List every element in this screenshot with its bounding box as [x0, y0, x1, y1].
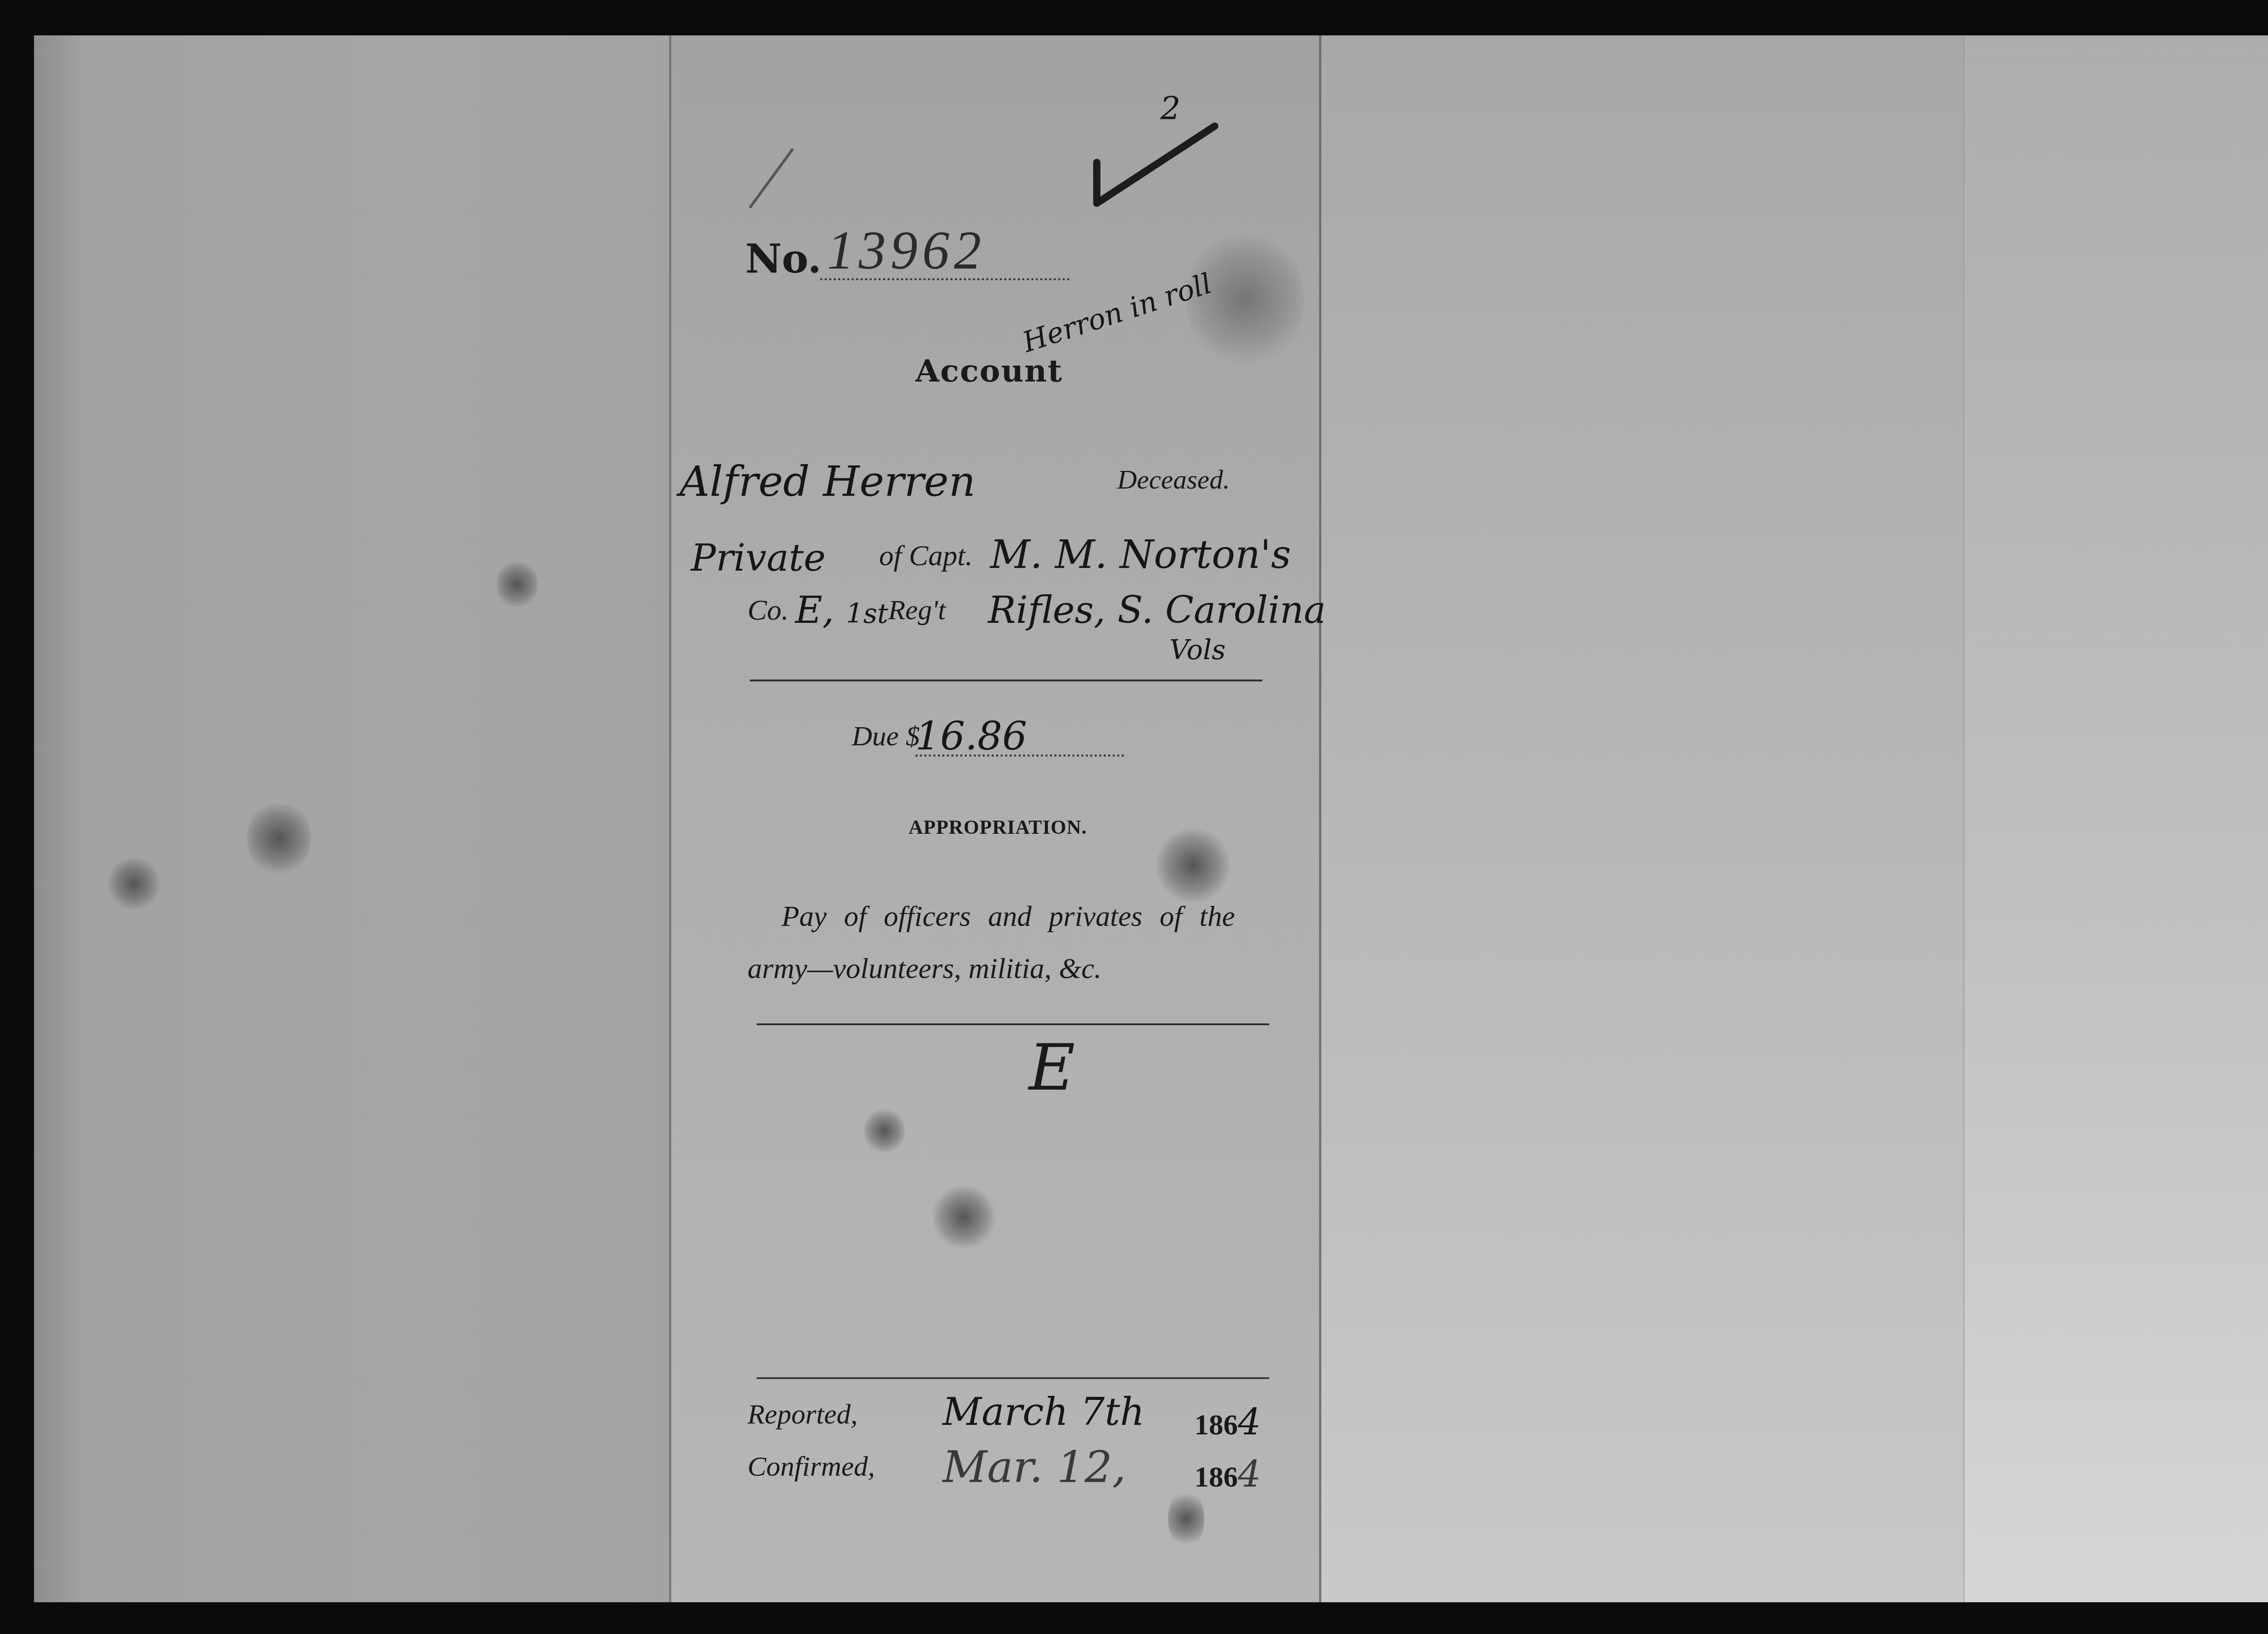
deceased-name: Alfred Herren: [679, 457, 976, 506]
ink-stain: [107, 856, 161, 911]
year-prefix: 186: [1194, 1409, 1238, 1441]
of-capt-label: of Capt.: [879, 539, 973, 572]
due-label: Due $: [852, 720, 920, 753]
right-panel-1: [1320, 35, 1964, 1602]
ink-stain: [497, 557, 538, 612]
reported-label: Reported,: [748, 1399, 858, 1431]
regiment-label: Reg't: [888, 594, 946, 626]
right-panel-2: [1964, 35, 2268, 1602]
captain-name: M. M. Norton's: [990, 532, 1291, 577]
divider: [757, 1023, 1269, 1025]
dotted-rule: [915, 754, 1124, 757]
account-form: 2 No. 13962 Account Herron in roll Alfre…: [670, 35, 1320, 1602]
reported-year: 1864: [1194, 1401, 1261, 1443]
fold-line: [1963, 35, 1965, 1602]
pencil-check-icon: [743, 144, 797, 212]
divider: [757, 1377, 1269, 1379]
ink-stain: [247, 797, 311, 879]
tally-mark: 2: [1160, 90, 1181, 127]
due-amount: 16.86: [915, 714, 1027, 759]
company-value: E, 1st: [795, 589, 888, 632]
dotted-rule: [820, 278, 1070, 280]
company-letter: E,: [795, 589, 834, 632]
year-prefix: 186: [1194, 1461, 1238, 1493]
year-suffix: 4: [1238, 1401, 1261, 1443]
regiment-ordinal: 1st: [846, 598, 888, 630]
divider: [750, 680, 1262, 681]
rank: Private: [691, 537, 826, 580]
vols-annotation: Vols: [1169, 634, 1226, 666]
deceased-label: Deceased.: [1117, 464, 1230, 495]
regiment-value: Rifles, S. Carolina: [988, 589, 1326, 632]
left-panel: [34, 35, 670, 1602]
account-number: 13962: [827, 219, 986, 282]
reported-date: March 7th: [943, 1389, 1144, 1434]
confirmed-label: Confirmed,: [748, 1451, 875, 1483]
company-label: Co.: [748, 593, 789, 627]
account-heading: Account: [915, 353, 1063, 389]
number-label: No.: [745, 235, 821, 282]
check-mark-icon: [1083, 113, 1219, 217]
document-sheet: 2 No. 13962 Account Herron in roll Alfre…: [34, 35, 2268, 1602]
appropriation-text-line1: Pay of officers and privates of the: [782, 900, 1235, 933]
account-annotation: Herron in roll: [1018, 267, 1215, 359]
confirmed-date: Mar. 12,: [943, 1442, 1126, 1492]
appropriation-text-line2: army—volunteers, militia, &c.: [748, 952, 1101, 985]
confirmed-year: 1864: [1194, 1453, 1261, 1495]
appropriation-heading: APPROPRIATION.: [909, 816, 1087, 839]
year-suffix: 4: [1238, 1453, 1261, 1495]
class-letter: E: [1029, 1031, 1075, 1105]
